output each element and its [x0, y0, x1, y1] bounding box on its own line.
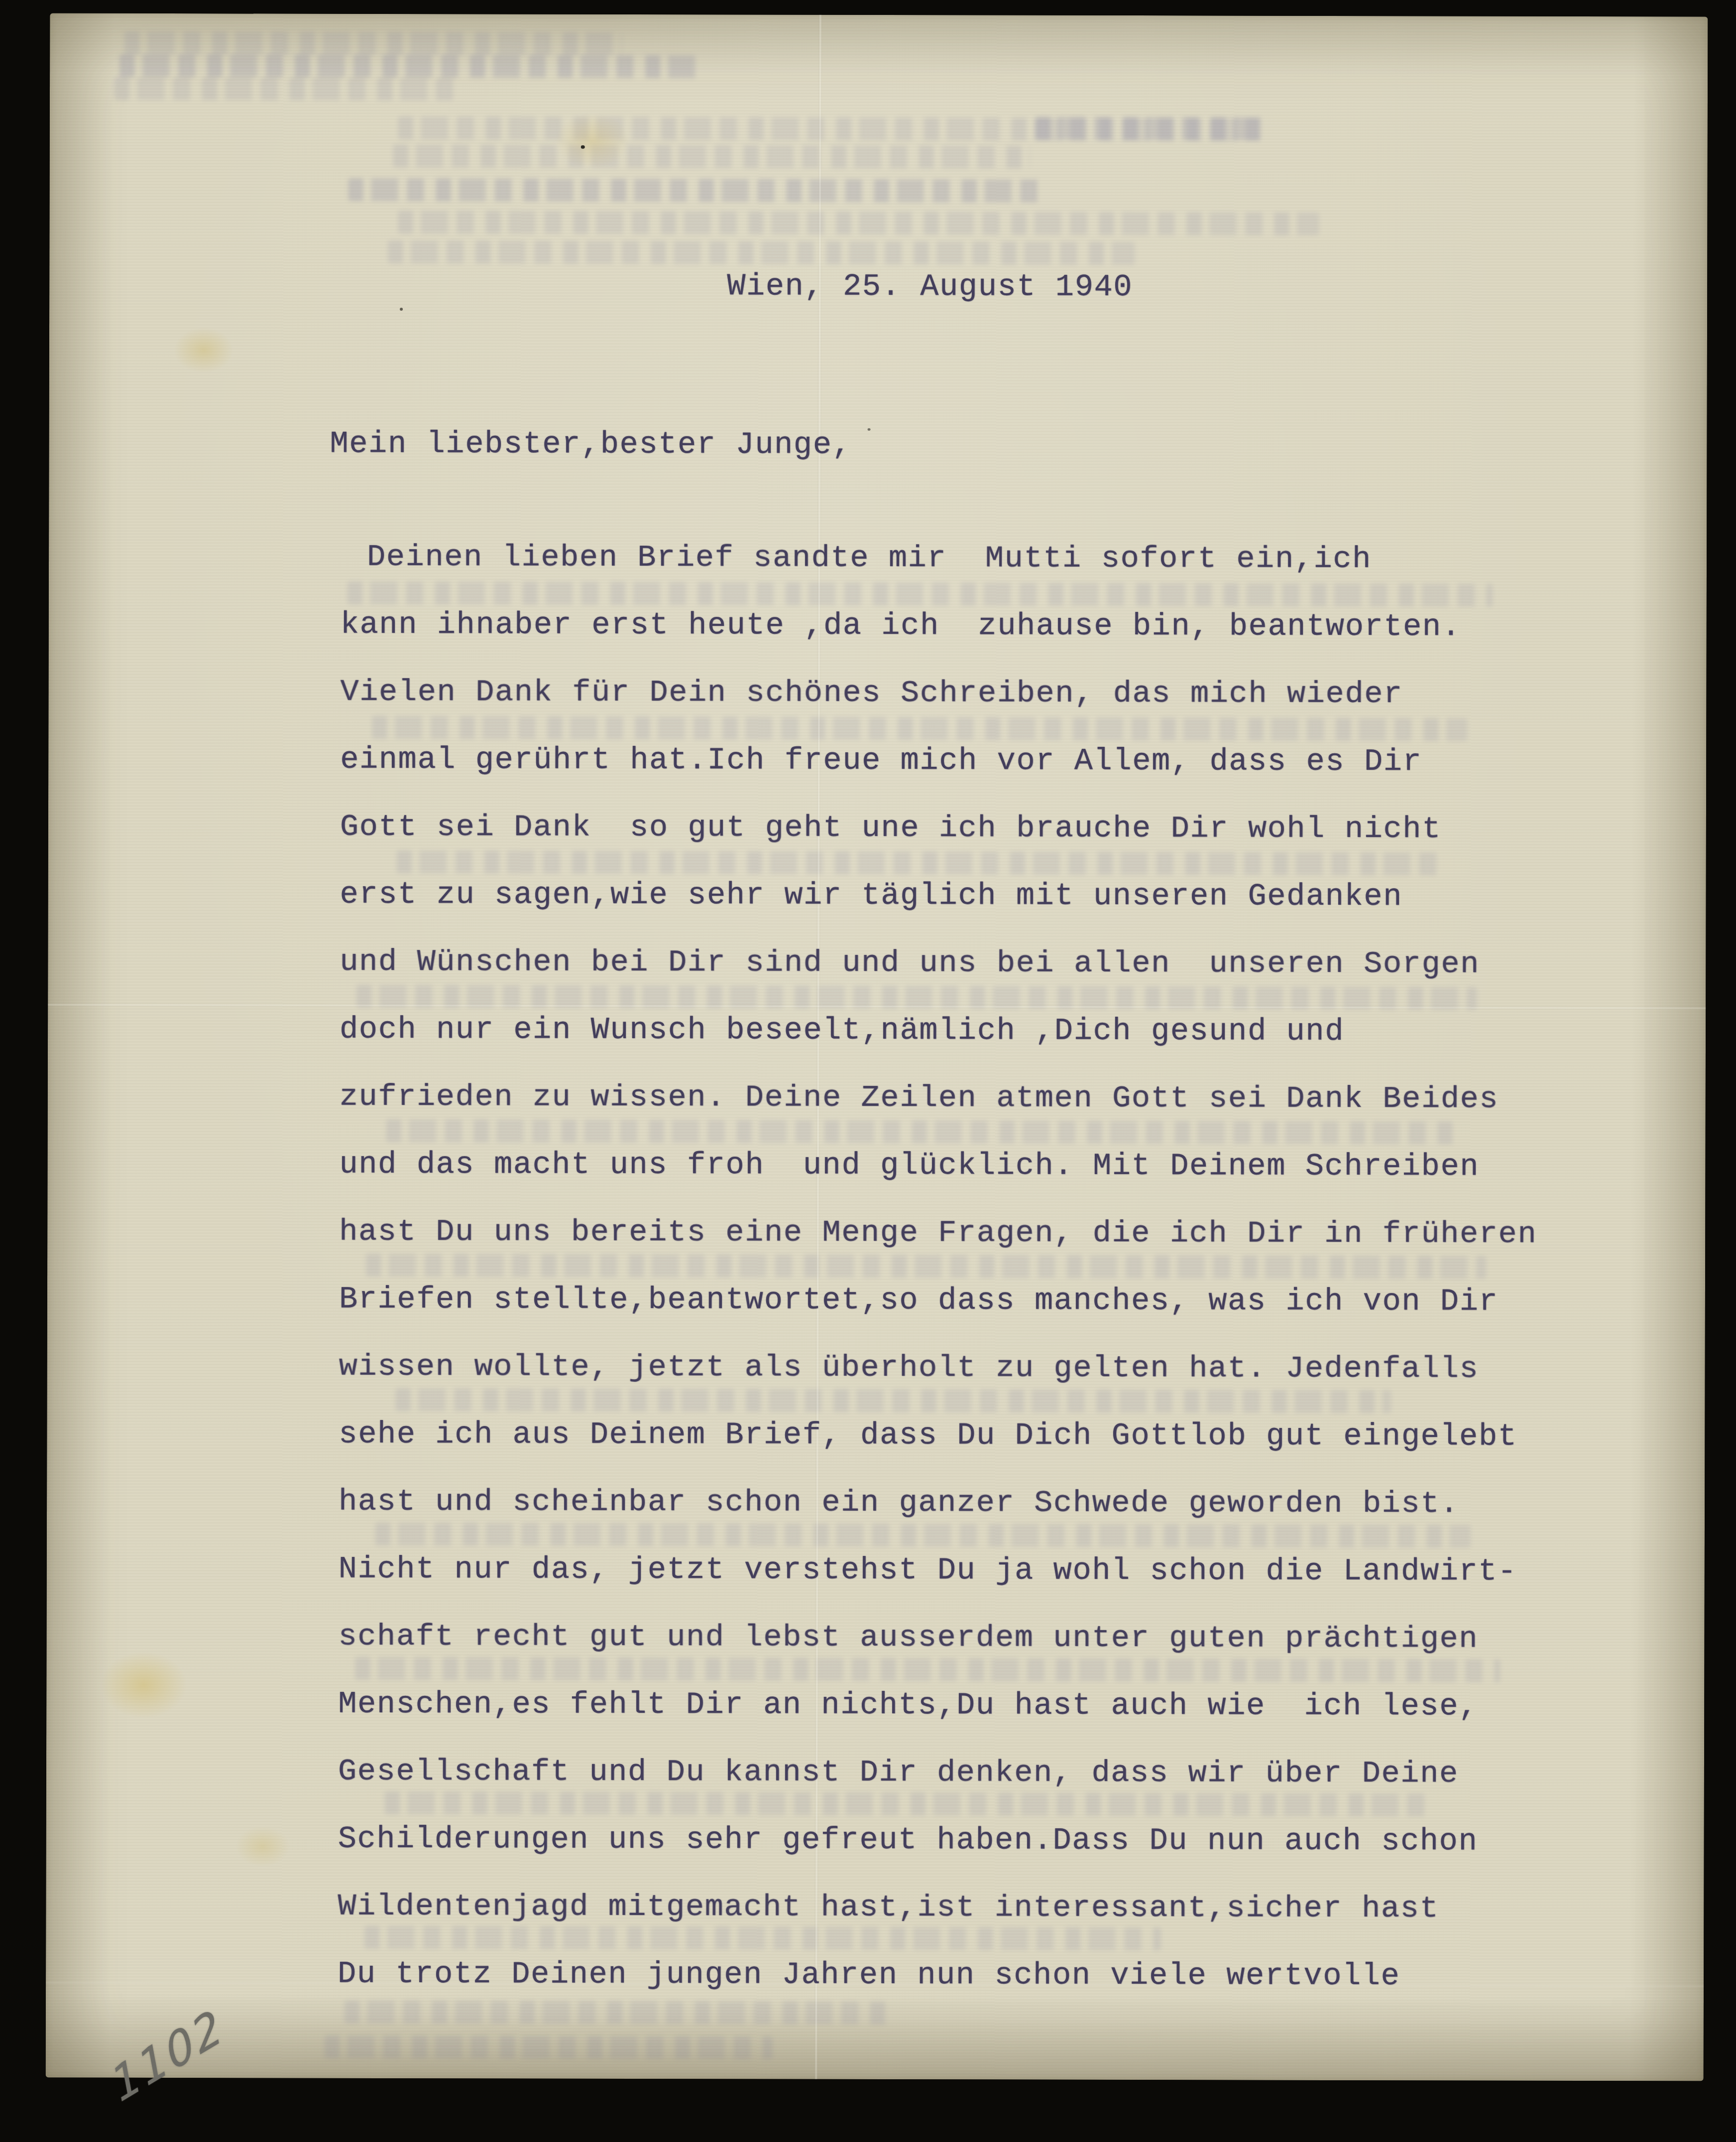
bleedthrough-smudge	[398, 211, 1319, 236]
scan-background: Wien, 25. August 1940 Mein liebster,best…	[0, 0, 1736, 2142]
dust-speck	[581, 145, 585, 149]
bleedthrough-smudge	[124, 31, 622, 55]
bleedthrough-smudge	[366, 1254, 1486, 1279]
bleedthrough-smudge	[386, 1119, 1457, 1145]
letter-line: Wildentenjagd mitgemacht hast,ist intere…	[338, 1889, 1439, 1926]
bleedthrough-smudge	[345, 2001, 892, 2024]
dust-speck	[400, 308, 403, 311]
bleedthrough-smudge	[385, 1791, 1430, 1816]
letter-line: zufrieden zu wissen. Deine Zeilen atmen …	[340, 1079, 1499, 1117]
letter-line: wissen wollte, jetzt als überholt zu gel…	[339, 1349, 1479, 1387]
letter-line: Deinen lieben Brief sandte mir Mutti sof…	[367, 539, 1372, 577]
letter-line: doch nur ein Wunsch beseelt,nämlich ,Dic…	[340, 1012, 1344, 1049]
bleedthrough-smudge	[388, 240, 1135, 265]
stain	[100, 1652, 187, 1719]
letter-line: hast und scheinbar schon ein ganzer Schw…	[339, 1484, 1459, 1522]
letter-line: Du trotz Deinen jungen Jahren nun schon …	[338, 1956, 1400, 1994]
letter-line: Nicht nur das, jetzt verstehst Du ja woh…	[339, 1551, 1517, 1589]
bleedthrough-smudge	[355, 1657, 1500, 1682]
bleedthrough-smudge	[119, 54, 697, 78]
stain	[235, 1826, 290, 1867]
bleedthrough-smudge	[1036, 117, 1270, 140]
letter-line: Gesellschaft und Du kannst Dir denken, d…	[338, 1754, 1459, 1791]
bleedthrough-smudge	[397, 850, 1442, 875]
bleedthrough-smudge	[115, 77, 453, 101]
letter-line: Vielen Dank für Dein schönes Schreiben, …	[340, 674, 1402, 712]
bleedthrough-smudge	[393, 144, 1031, 169]
bleedthrough-smudge	[372, 716, 1467, 741]
bleedthrough-smudge	[348, 178, 1045, 203]
letter-line: Schilderungen uns sehr gefreut haben.Das…	[338, 1821, 1478, 1859]
bleedthrough-smudge	[364, 1926, 1161, 1950]
letter-line: schaft recht gut und lebst ausserdem unt…	[338, 1619, 1478, 1657]
handwritten-page-number: 1102	[105, 1999, 231, 2113]
letter-line: Gott sei Dank so gut geht une ich brauch…	[340, 809, 1441, 847]
dateline: Wien, 25. August 1940	[727, 268, 1133, 305]
letter-page: Wien, 25. August 1940 Mein liebster,best…	[46, 13, 1708, 2081]
letter-line: und Wünschen bei Dir sind und uns bei al…	[340, 944, 1480, 982]
letter-line: sehe ich aus Deinem Brief, dass Du Dich …	[339, 1417, 1517, 1454]
bleedthrough-smudge	[325, 2035, 773, 2059]
bleedthrough-smudge	[395, 1388, 1391, 1413]
letter-line: erst zu sagen,wie sehr wir täglich mit u…	[340, 877, 1402, 914]
letter-line: Menschen,es fehlt Dir an nichts,Du hast …	[338, 1686, 1478, 1724]
stain	[174, 327, 233, 373]
letter-line: und das macht uns froh und glücklich. Mi…	[339, 1147, 1479, 1185]
dust-speck	[868, 428, 871, 431]
letter-line: kann ihnaber erst heute ,da ich zuhause …	[341, 607, 1461, 645]
bleedthrough-smudge	[347, 582, 1493, 607]
salutation: Mein liebster,bester Junge,	[330, 426, 851, 463]
bleedthrough-smudge	[375, 1523, 1471, 1548]
letter-line: Briefen stellte,beantwortet,so dass manc…	[339, 1282, 1499, 1319]
stain	[555, 113, 630, 169]
letter-line: einmal gerührt hat.Ich freue mich vor Al…	[340, 742, 1422, 780]
letter-line: hast Du uns bereits eine Menge Fragen, d…	[339, 1214, 1537, 1252]
